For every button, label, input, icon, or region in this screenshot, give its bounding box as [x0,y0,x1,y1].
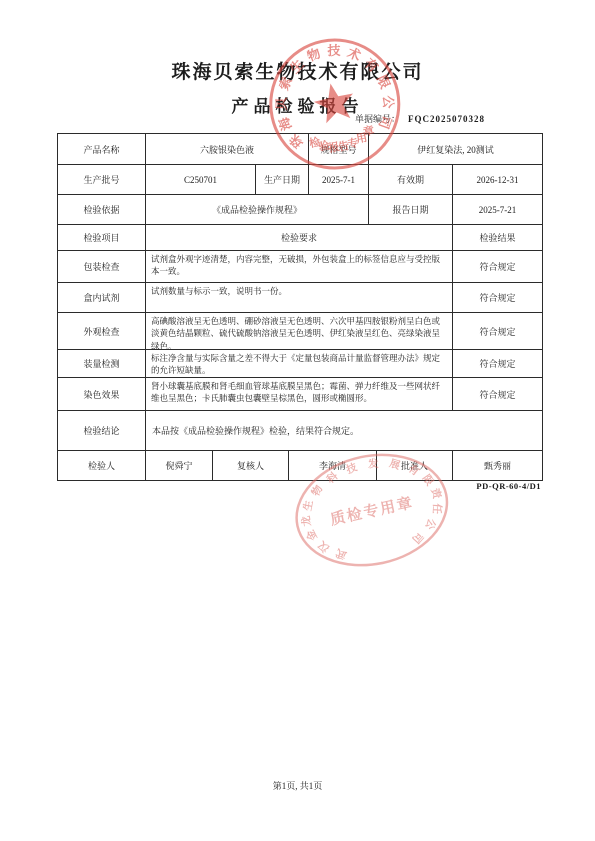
table-row-product: 产品名称 六胺银染色液 规格型号 伊红复染法, 20测试 [58,134,542,164]
report-date-value: 2025-7-21 [452,195,542,224]
reviewer-name: 李海清 [288,451,376,480]
report-date-label: 报告日期 [368,195,452,224]
table-row-item: 外观检查 高碘酸溶液呈无色透明、硼砂溶液呈无色透明、六次甲基四胺银粉剂呈白色或淡… [58,312,542,349]
reviewer-label: 复核人 [212,451,288,480]
doc-number: 单据编号：FQC2025070328 [355,112,485,125]
stamp-center-text: 质检专用章 [329,493,416,528]
table-row-item: 染色效果 肾小球囊基底膜和肾毛细血管球基底膜呈黑色；霉菌、弹力纤维及一些网状纤维… [58,377,542,410]
doc-number-value: FQC2025070328 [408,114,485,124]
spec-value: 伊红复染法, 20测试 [368,134,542,164]
header-result: 检验结果 [452,225,542,250]
header-item: 检验项目 [58,225,145,250]
svg-text:武: 武 [333,546,348,562]
product-name-value: 六胺银染色液 [145,134,308,164]
approver-name: 甄秀丽 [452,451,542,480]
svg-text:龙: 龙 [299,514,313,527]
item-result: 符合规定 [452,378,542,410]
item-name: 盒内试剂 [58,283,145,312]
svg-text:公: 公 [422,517,437,532]
inspector-label: 检验人 [58,451,145,480]
item-result: 符合规定 [452,350,542,377]
header-requirement: 检验要求 [145,225,452,250]
doc-number-label: 单据编号： [355,114,400,124]
svg-text:汉: 汉 [315,538,332,555]
svg-text:金: 金 [303,527,320,543]
item-result: 符合规定 [452,251,542,282]
item-result: 符合规定 [452,313,542,349]
expiry-label: 有效期 [368,165,452,194]
approver-label: 批准人 [376,451,452,480]
company-title: 珠海贝索生物技术有限公司 [0,57,595,84]
prod-date-label: 生产日期 [255,165,308,194]
expiry-value: 2026-12-31 [452,165,542,194]
item-name: 装量检测 [58,350,145,377]
table-row-item: 包装检查 试剂盒外观字迹清楚，内容完整，无破损，外包装盒上的标签信息应与受控版本… [58,250,542,282]
table-row-signatures: 检验人 倪舜宁 复核人 李海清 批准人 甄秀丽 [58,450,542,480]
table-header-row: 检验项目 检验要求 检验结果 [58,224,542,250]
item-result: 符合规定 [452,283,542,312]
table-row-basis: 检验依据 《成品检验操作规程》 报告日期 2025-7-21 [58,194,542,224]
item-name: 包装检查 [58,251,145,282]
table-row-item: 装量检测 标注净含量与实际含量之差不得大于《定量包装商品计量监督管理办法》规定的… [58,349,542,377]
product-name-label: 产品名称 [58,134,145,164]
basis-value: 《成品检验操作规程》 [145,195,368,224]
item-requirement: 肾小球囊基底膜和肾毛细血管球基底膜呈黑色；霉菌、弹力纤维及一些网状纤维也呈黑色；… [145,378,452,410]
svg-text:司: 司 [409,530,426,547]
form-code: PD-QR-60-4/D1 [0,481,541,491]
table-row-conclusion: 检验结论 本品按《成品检验操作规程》检验，结果符合规定。 [58,410,542,450]
basis-label: 检验依据 [58,195,145,224]
svg-text:任: 任 [430,503,444,515]
item-requirement: 试剂盒外观字迹清楚，内容完整，无破损，外包装盒上的标签信息应与受控版本一致。 [145,251,452,282]
batch-label: 生产批号 [58,165,145,194]
table-row-batch: 生产批号 C250701 生产日期 2025-7-1 有效期 2026-12-3… [58,164,542,194]
item-requirement: 标注净含量与实际含量之差不得大于《定量包装商品计量监督管理办法》规定的允许短缺量… [145,350,452,377]
inspector-name: 倪舜宁 [145,451,212,480]
svg-text:生: 生 [301,499,316,512]
conclusion-label: 检验结论 [58,411,145,450]
spec-label: 规格型号 [308,134,368,164]
svg-text:技: 技 [326,43,340,58]
item-requirement: 试剂数量与标示一致，说明书一份。 [145,283,452,312]
table-row-item: 盒内试剂 试剂数量与标示一致，说明书一份。 符合规定 [58,282,542,312]
report-title: 产品检验报告 [0,92,595,117]
inspection-table: 产品名称 六胺银染色液 规格型号 伊红复染法, 20测试 生产批号 C25070… [57,133,543,481]
item-name: 染色效果 [58,378,145,410]
item-name: 外观检查 [58,313,145,349]
report-page: 珠海贝索生物技术有限公司 产品检验报告 单据编号：FQC2025070328 产… [0,0,595,841]
page-footer: 第1页, 共1页 [0,779,595,792]
conclusion-text: 本品按《成品检验操作规程》检验，结果符合规定。 [145,411,542,450]
prod-date-value: 2025-7-1 [308,165,368,194]
batch-value: C250701 [145,165,255,194]
item-requirement: 高碘酸溶液呈无色透明、硼砂溶液呈无色透明、六次甲基四胺银粉剂呈白色或淡黄色结晶颗… [145,313,452,349]
